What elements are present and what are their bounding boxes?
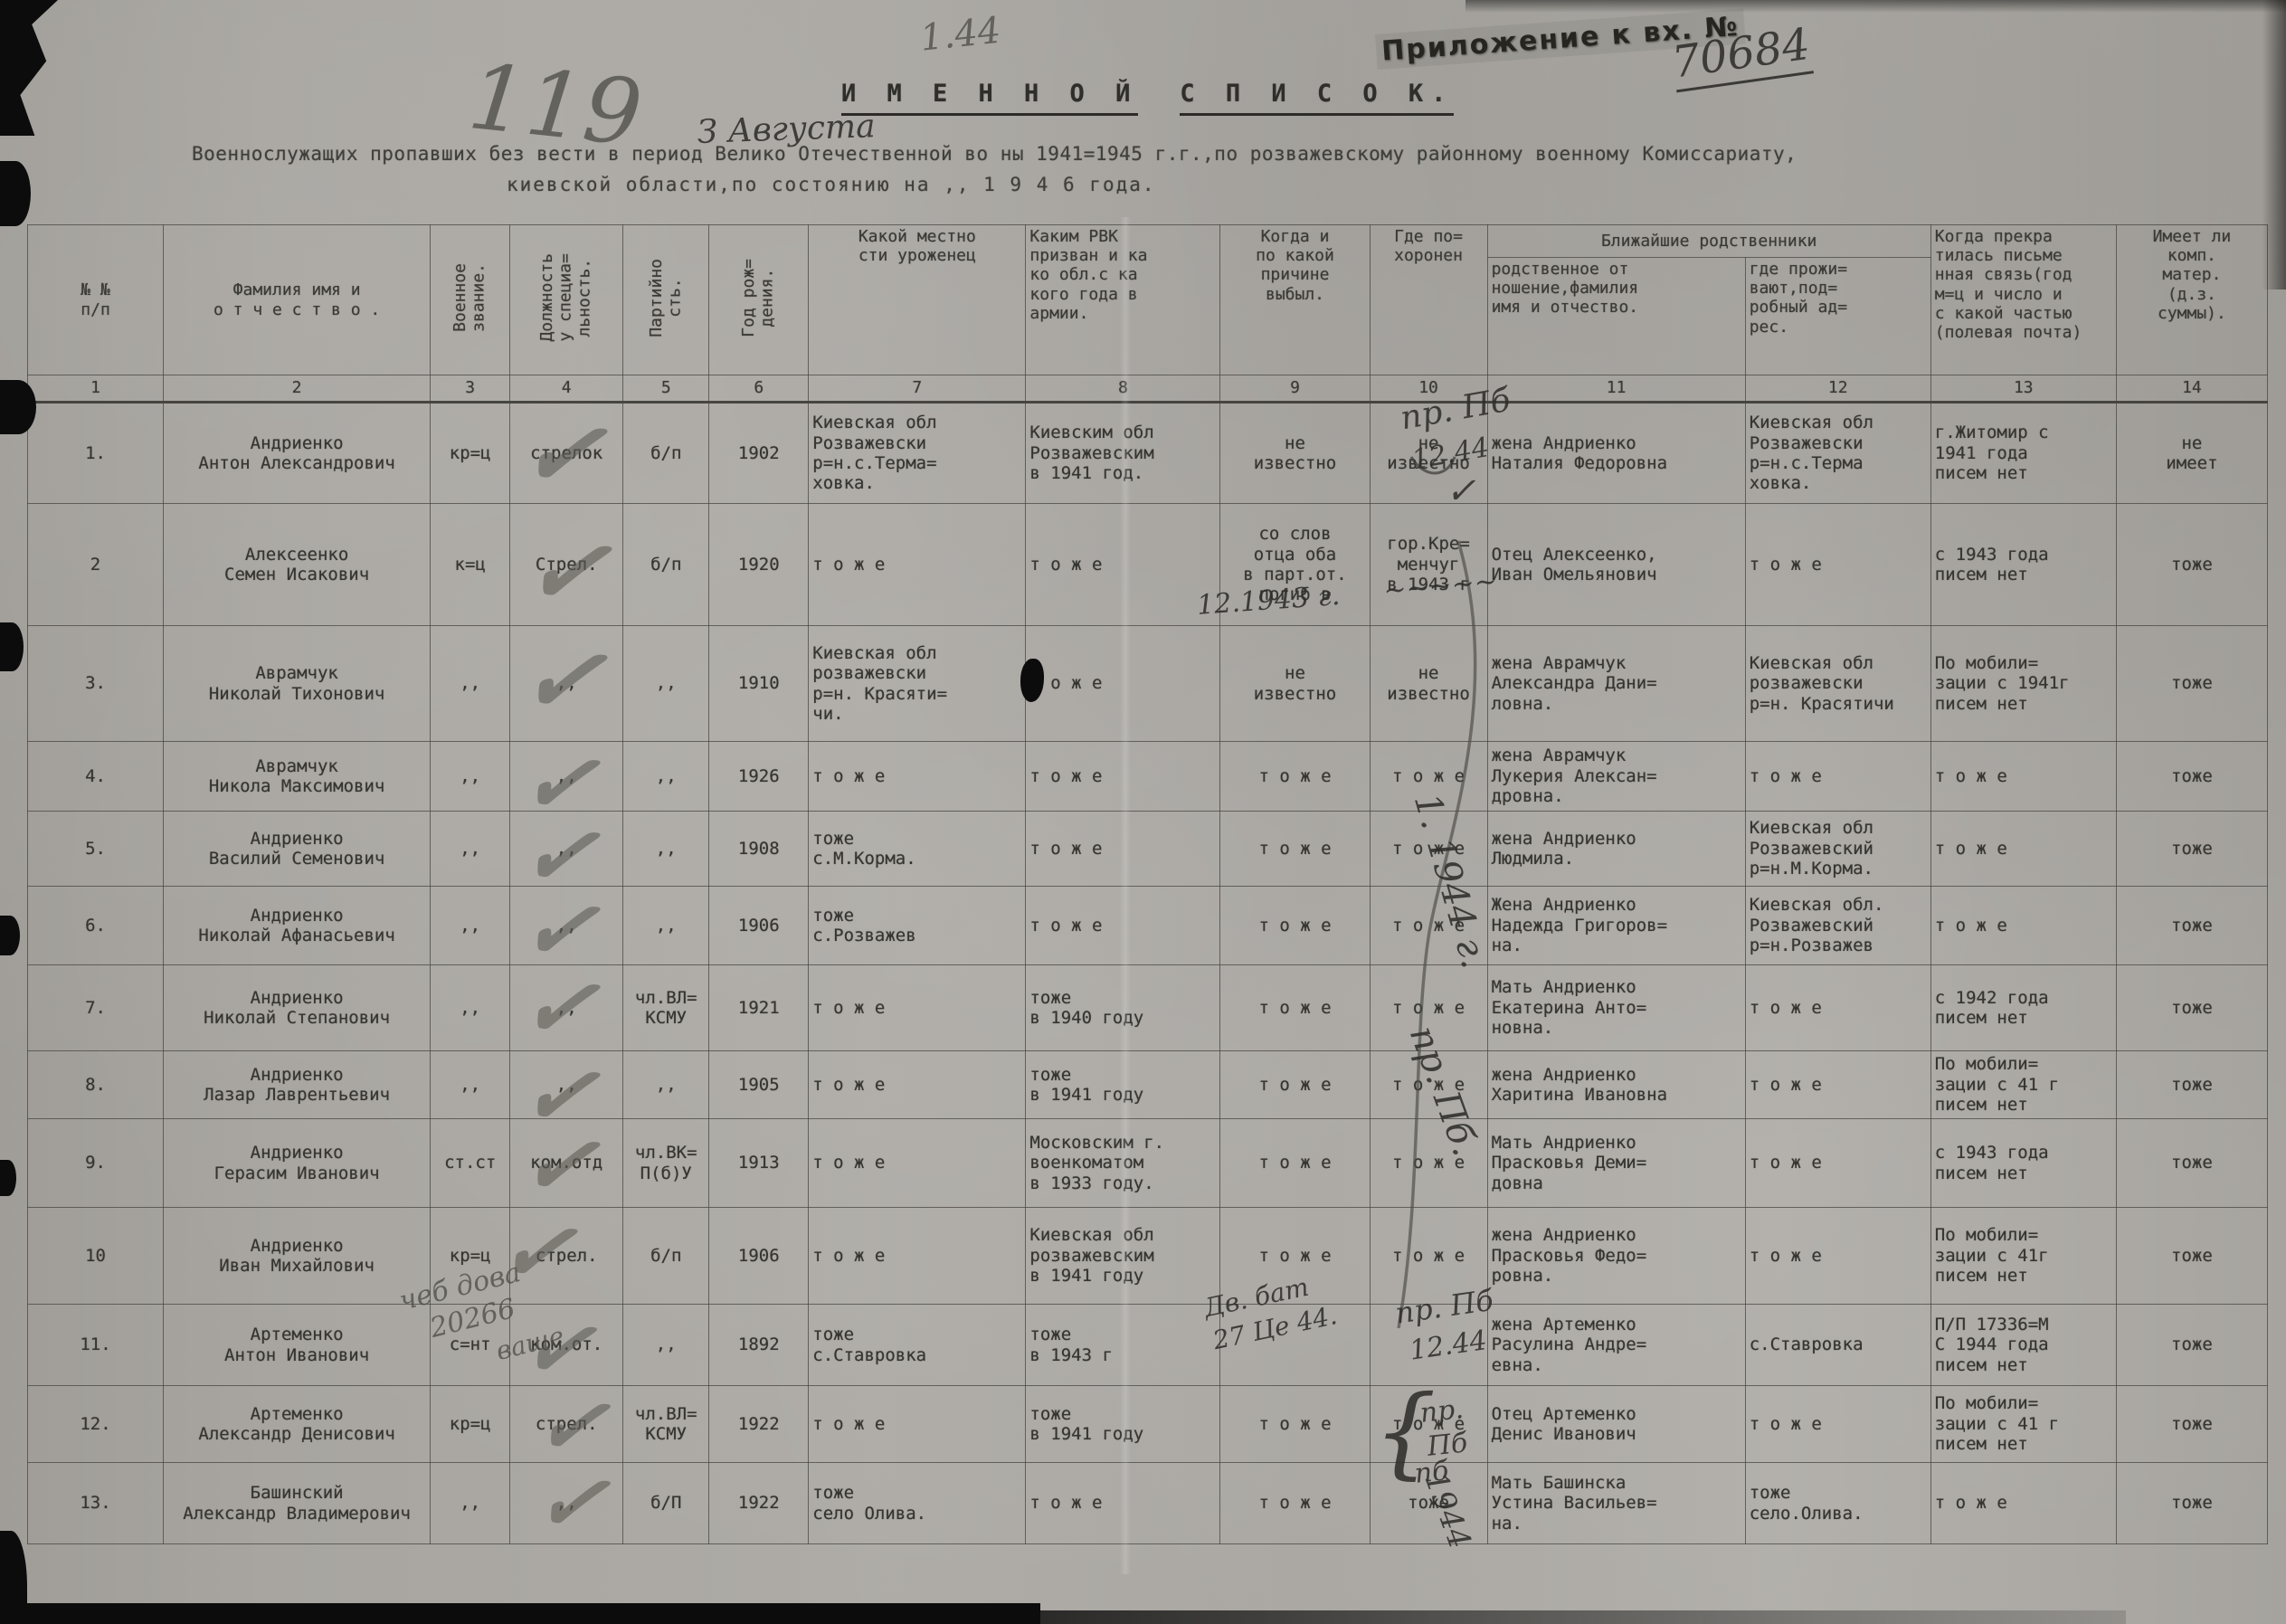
table-cell: ,, bbox=[431, 742, 510, 812]
table-cell: 1. bbox=[28, 403, 164, 504]
top-edge-shadow bbox=[1466, 0, 2286, 13]
table-cell: не имеет bbox=[2116, 403, 2267, 504]
table-cell: т о ж е bbox=[1745, 742, 1930, 812]
table-cell: Киевская обл. Розважевский р=н.Розважев bbox=[1745, 887, 1930, 965]
handwriting-note: 1.44 bbox=[918, 10, 1002, 60]
table-cell: Андриенко Николай Степанович bbox=[164, 965, 431, 1051]
table-cell: тоже bbox=[2116, 1051, 2267, 1119]
document-table: № № п/п Фамилия имя и о т ч е с т в о . … bbox=[27, 224, 2268, 1544]
table-cell: 13. bbox=[28, 1463, 164, 1544]
table-cell: тоже bbox=[2116, 1305, 2267, 1386]
table-cell: б/п bbox=[623, 403, 709, 504]
table-cell: 1906 bbox=[709, 887, 809, 965]
table-cell: т о ж е bbox=[1745, 504, 1930, 626]
table-cell: Андриенко Герасим Иванович bbox=[164, 1119, 431, 1208]
table-cell: 1906 bbox=[709, 1208, 809, 1305]
table-cell: жена Андриенко Харитина Ивановна bbox=[1487, 1051, 1745, 1119]
table-cell: 1922 bbox=[709, 1463, 809, 1544]
table-cell: т о ж е bbox=[1370, 742, 1487, 812]
table-cell: ,, bbox=[431, 626, 510, 742]
table-cell: тоже bbox=[2116, 742, 2267, 812]
header-col-10: Где по= хоронен bbox=[1370, 225, 1487, 375]
table-cell: т о ж е bbox=[1930, 742, 2116, 812]
table-cell: т о ж е bbox=[1745, 1051, 1930, 1119]
table-cell: Андриенко Антон Александрович bbox=[164, 403, 431, 504]
table-cell: 7. bbox=[28, 965, 164, 1051]
table-cell: ,, bbox=[623, 887, 709, 965]
header-col-2: Фамилия имя и о т ч е с т в о . bbox=[164, 225, 431, 375]
table-cell: Алексеенко Семен Исакович bbox=[164, 504, 431, 626]
table-cell: 1910 bbox=[709, 626, 809, 742]
table-cell: жена Андриенко Прасковья Федо= ровна. bbox=[1487, 1208, 1745, 1305]
table-cell: тоже с.Розважев bbox=[809, 887, 1026, 965]
table-body: 1.Андриенко Антон Александровичкр=цстрел… bbox=[28, 403, 2268, 1544]
table-cell: ,, bbox=[623, 812, 709, 887]
table-cell: 1892 bbox=[709, 1305, 809, 1386]
table-cell: 1908 bbox=[709, 812, 809, 887]
bottom-edge-shadow bbox=[1040, 1610, 2126, 1624]
table-row: 10Андриенко Иван Михайловичкр=цстрел.б/п… bbox=[28, 1208, 2268, 1305]
table-cell: тоже с.М.Корма. bbox=[809, 812, 1026, 887]
table-cell: т о ж е bbox=[1930, 887, 2116, 965]
handwriting-note: 70684 bbox=[1669, 19, 1814, 93]
table-row: 4.Аврамчук Никола Максимович,,,,,,1926т … bbox=[28, 742, 2268, 812]
table-cell: Мать Андриенко Прасковья Деми= довна bbox=[1487, 1119, 1745, 1208]
table-row: 11.Артеменко Антон Ивановичс=нтком.от.,,… bbox=[28, 1305, 2268, 1386]
table-cell: чл.ВК= П(б)У bbox=[623, 1119, 709, 1208]
table-cell: тоже bbox=[2116, 887, 2267, 965]
table-cell: ,, bbox=[623, 742, 709, 812]
table-cell: Жена Андриенко Надежда Григоров= на. bbox=[1487, 887, 1745, 965]
table-cell: т о ж е bbox=[1220, 965, 1370, 1051]
table-cell: 3. bbox=[28, 626, 164, 742]
table-cell: ком.от. bbox=[510, 1305, 623, 1386]
table-cell: не известно bbox=[1220, 626, 1370, 742]
table-cell: т о ж е bbox=[809, 504, 1026, 626]
table-cell: не известно bbox=[1370, 626, 1487, 742]
table-cell: 12. bbox=[28, 1386, 164, 1463]
table-cell: По мобили= зации с 41г писем нет bbox=[1930, 1208, 2116, 1305]
col-number: 11 bbox=[1487, 375, 1745, 403]
column-number-row: 1 2 3 4 5 6 7 8 9 10 11 12 13 14 bbox=[28, 375, 2268, 403]
table-cell: Стрел. bbox=[510, 504, 623, 626]
left-edge-tear bbox=[0, 916, 20, 955]
table-cell: тоже bbox=[2116, 504, 2267, 626]
paper-fold-highlight bbox=[1120, 217, 1131, 1574]
table-cell: тоже bbox=[2116, 1463, 2267, 1544]
header-col-11: родственное от ношение,фамилия имя и отч… bbox=[1487, 258, 1745, 375]
table-cell: жена Аврамчук Лукерия Алексан= дровна. bbox=[1487, 742, 1745, 812]
table-cell: т о ж е bbox=[1220, 1119, 1370, 1208]
table-cell: т о ж е bbox=[1220, 1051, 1370, 1119]
table-cell: ,, bbox=[510, 1463, 623, 1544]
table-cell: 8. bbox=[28, 1051, 164, 1119]
table-cell: тоже с.Ставровка bbox=[809, 1305, 1026, 1386]
table-cell: Мать Андриенко Екатерина Анто= новна. bbox=[1487, 965, 1745, 1051]
table-cell: т о ж е bbox=[809, 1208, 1026, 1305]
table-cell: т о ж е bbox=[1220, 887, 1370, 965]
table-row: 1.Андриенко Антон Александровичкр=цстрел… bbox=[28, 403, 2268, 504]
table-cell: т о ж е bbox=[1930, 1463, 2116, 1544]
header-col-5: Партийно сть. bbox=[623, 225, 709, 375]
table-cell: Аврамчук Никола Максимович bbox=[164, 742, 431, 812]
table-cell: т о ж е bbox=[1745, 1208, 1930, 1305]
header-col-14: Имеет ли комп. матер. (д.з. суммы). bbox=[2116, 225, 2267, 375]
table-cell: т о ж е bbox=[809, 1119, 1026, 1208]
table-cell: т о ж е bbox=[1220, 1386, 1370, 1463]
table-cell: с 1943 года писем нет bbox=[1930, 1119, 2116, 1208]
table-cell: Андриенко Николай Афанасьевич bbox=[164, 887, 431, 965]
col-number: 5 bbox=[623, 375, 709, 403]
table-cell: т о ж е bbox=[1370, 812, 1487, 887]
table-cell: т о ж е bbox=[1930, 812, 2116, 887]
table-cell: не известно bbox=[1370, 403, 1487, 504]
table-cell: Андриенко Лазар Лаврентьевич bbox=[164, 1051, 431, 1119]
table-cell: Киевская обл Розважевски р=н.с.Терма= хо… bbox=[809, 403, 1026, 504]
left-edge-tear bbox=[0, 161, 31, 226]
table-cell: т о ж е bbox=[1220, 1208, 1370, 1305]
title-word-2: С П И С О К. bbox=[1180, 80, 1454, 116]
table-cell: чл.ВЛ= КСМУ bbox=[623, 965, 709, 1051]
table-cell: тоже bbox=[2116, 965, 2267, 1051]
table-cell: По мобили= зации с 1941г писем нет bbox=[1930, 626, 2116, 742]
col-number: 14 bbox=[2116, 375, 2267, 403]
table-row: 9.Андриенко Герасим Ивановичст.стком.отд… bbox=[28, 1119, 2268, 1208]
table-cell: 1920 bbox=[709, 504, 809, 626]
table-cell: Киевская обл розважевски р=н. Красяти= ч… bbox=[809, 626, 1026, 742]
table-cell: ,, bbox=[431, 965, 510, 1051]
table-cell: б/п bbox=[623, 1208, 709, 1305]
table-cell: Мать Башинска Устина Васильев= на. bbox=[1487, 1463, 1745, 1544]
table-cell: 1922 bbox=[709, 1386, 809, 1463]
scanned-document-page: { "title": { "part1": "И М Е Н Н О Й", "… bbox=[0, 0, 2286, 1624]
table-cell: т о ж е bbox=[1370, 1119, 1487, 1208]
table-cell: ,, bbox=[623, 1305, 709, 1386]
table-cell: Артеменко Антон Иванович bbox=[164, 1305, 431, 1386]
table-cell: кр=ц bbox=[431, 1386, 510, 1463]
table-cell: 5. bbox=[28, 812, 164, 887]
table-row: 12.Артеменко Александр Денисовичкр=цстре… bbox=[28, 1386, 2268, 1463]
table-row: 7.Андриенко Николай Степанович,,,,чл.ВЛ=… bbox=[28, 965, 2268, 1051]
table-cell: ,, bbox=[510, 626, 623, 742]
table-cell: стрел. bbox=[510, 1208, 623, 1305]
col-number: 6 bbox=[709, 375, 809, 403]
table-cell: 1926 bbox=[709, 742, 809, 812]
header-col-6: Год рож= дения. bbox=[709, 225, 809, 375]
table-row: 8.Андриенко Лазар Лаврентьевич,,,,,,1905… bbox=[28, 1051, 2268, 1119]
table-cell: 1921 bbox=[709, 965, 809, 1051]
table-cell bbox=[1370, 1305, 1487, 1386]
table-row: 5.Андриенко Василий Семенович,,,,,,1908т… bbox=[28, 812, 2268, 887]
header-col-1: № № п/п bbox=[28, 225, 164, 375]
table-cell: т о ж е bbox=[1220, 742, 1370, 812]
header-col-9: Когда и по какой причине выбыл. bbox=[1220, 225, 1370, 375]
table-cell: ,, bbox=[623, 626, 709, 742]
left-edge-tear bbox=[0, 622, 24, 671]
table-cell: т о ж е bbox=[1745, 965, 1930, 1051]
table-row: 3.Аврамчук Николай Тихонович,,,,,,1910Ки… bbox=[28, 626, 2268, 742]
table-cell: По мобили= зации с 41 г писем нет bbox=[1930, 1386, 2116, 1463]
table-cell: т о ж е bbox=[1220, 812, 1370, 887]
table-cell: ,, bbox=[510, 887, 623, 965]
col-number: 3 bbox=[431, 375, 510, 403]
title-word-1: И М Е Н Н О Й bbox=[841, 80, 1138, 116]
table-cell: ,, bbox=[431, 1051, 510, 1119]
table-cell: с 1942 года писем нет bbox=[1930, 965, 2116, 1051]
bottom-edge-strip bbox=[0, 1603, 1040, 1624]
table-cell: ,, bbox=[510, 742, 623, 812]
header-col-12: где прожи= вают,под= робный ад= рес. bbox=[1745, 258, 1930, 375]
table-cell: 1905 bbox=[709, 1051, 809, 1119]
table-cell: Киевская обл Розважевский р=н.М.Корма. bbox=[1745, 812, 1930, 887]
col-number: 12 bbox=[1745, 375, 1930, 403]
table-cell: т о ж е bbox=[809, 1386, 1026, 1463]
table-cell: с=нт bbox=[431, 1305, 510, 1386]
table-cell: ,, bbox=[623, 1051, 709, 1119]
table-cell: ,, bbox=[510, 1051, 623, 1119]
col-number: 2 bbox=[164, 375, 431, 403]
col-number: 4 bbox=[510, 375, 623, 403]
table-cell: 2 bbox=[28, 504, 164, 626]
table-cell: жена Артеменко Расулина Андре= евна. bbox=[1487, 1305, 1745, 1386]
table-cell: г.Житомир с 1941 года писем нет bbox=[1930, 403, 2116, 504]
table-cell: т о ж е bbox=[1370, 887, 1487, 965]
table-cell: ,, bbox=[510, 965, 623, 1051]
table-cell: гор.Кре= менчуг в 1943 г bbox=[1370, 504, 1487, 626]
table-header: № № п/п Фамилия имя и о т ч е с т в о . … bbox=[28, 225, 2268, 403]
table-cell: Отец Артеменко Денис Иванович bbox=[1487, 1386, 1745, 1463]
header-col-13: Когда прекра тилась письме нная связь(го… bbox=[1930, 225, 2116, 375]
table-row: 2Алексеенко Семен Исаковичк=цСтрел.б/п19… bbox=[28, 504, 2268, 626]
table-cell bbox=[1220, 1305, 1370, 1386]
col-number: 13 bbox=[1930, 375, 2116, 403]
table-cell: По мобили= зации с 41 г писем нет bbox=[1930, 1051, 2116, 1119]
col-number: 1 bbox=[28, 375, 164, 403]
table-cell: т о ж е bbox=[809, 742, 1026, 812]
table-cell: Аврамчук Николай Тихонович bbox=[164, 626, 431, 742]
table-cell: т о ж е bbox=[1745, 1119, 1930, 1208]
table-row: 6.Андриенко Николай Афанасьевич,,,,,,190… bbox=[28, 887, 2268, 965]
table-cell: не известно bbox=[1220, 403, 1370, 504]
table-cell: Киевская обл Розважевски р=н.с.Терма хов… bbox=[1745, 403, 1930, 504]
table-cell: жена Андриенко Наталия Федоровна bbox=[1487, 403, 1745, 504]
subtitle-line-2: киевской области,по состоянию на ,, 1 9 … bbox=[507, 174, 1773, 195]
table-cell: тоже bbox=[2116, 812, 2267, 887]
handwriting-note: Приложение к вх. № bbox=[1375, 9, 1746, 70]
left-edge-tear bbox=[0, 1160, 16, 1196]
table-cell: б/п bbox=[623, 504, 709, 626]
table-cell: Отец Алексеенко, Иван Омельянович bbox=[1487, 504, 1745, 626]
table-cell: жена Андриенко Людмила. bbox=[1487, 812, 1745, 887]
table-cell: 4. bbox=[28, 742, 164, 812]
table-cell: 1913 bbox=[709, 1119, 809, 1208]
table-cell: т о ж е bbox=[1220, 1463, 1370, 1544]
header-group-relatives: Ближайшие родственники bbox=[1487, 225, 1930, 258]
table-cell: тоже село Олива. bbox=[809, 1463, 1026, 1544]
table-cell: т о ж е bbox=[809, 1051, 1026, 1119]
table-cell: тоже bbox=[2116, 626, 2267, 742]
page-title: И М Е Н Н О Й С П И С О К. bbox=[841, 80, 1454, 116]
subtitle-line-1: Военнослужащих пропавших без вести в пер… bbox=[192, 143, 2254, 165]
table-cell: с.Ставровка bbox=[1745, 1305, 1930, 1386]
table-cell: 9. bbox=[28, 1119, 164, 1208]
left-edge-tear bbox=[0, 380, 36, 434]
table-cell: т о ж е bbox=[1370, 1208, 1487, 1305]
table-cell: чл.ВЛ= КСМУ bbox=[623, 1386, 709, 1463]
table-cell: ком.отд bbox=[510, 1119, 623, 1208]
torn-corner-top-left bbox=[0, 0, 58, 136]
table-row: 13.Башинский Александр Владимерович,,,,б… bbox=[28, 1463, 2268, 1544]
table-cell: с 1943 года писем нет bbox=[1930, 504, 2116, 626]
table-cell: тоже bbox=[2116, 1119, 2267, 1208]
table-cell: ст.ст bbox=[431, 1119, 510, 1208]
table-cell: б/П bbox=[623, 1463, 709, 1544]
table-cell: тоже bbox=[1370, 1463, 1487, 1544]
table-cell: кр=ц bbox=[431, 1208, 510, 1305]
table-cell: т о ж е bbox=[1370, 1386, 1487, 1463]
col-number: 9 bbox=[1220, 375, 1370, 403]
col-number: 10 bbox=[1370, 375, 1487, 403]
table-cell: П/П 17336=М С 1944 года писем нет bbox=[1930, 1305, 2116, 1386]
table-cell: 10 bbox=[28, 1208, 164, 1305]
table-cell: 1902 bbox=[709, 403, 809, 504]
table-cell: т о ж е bbox=[809, 965, 1026, 1051]
table-cell: со слов отца оба в парт.от. погиб в bbox=[1220, 504, 1370, 626]
table-cell: т о ж е bbox=[1745, 1386, 1930, 1463]
header-col-4: Должность у специа= льность. bbox=[510, 225, 623, 375]
table-cell: т о ж е bbox=[1370, 1051, 1487, 1119]
table-cell: стрел. bbox=[510, 1386, 623, 1463]
table-cell: Киевская обл розважевски р=н. Красятичи bbox=[1745, 626, 1930, 742]
header-col-7: Какой местно сти уроженец bbox=[809, 225, 1026, 375]
table-cell: ,, bbox=[431, 1463, 510, 1544]
col-number: 7 bbox=[809, 375, 1026, 403]
table-cell: тоже bbox=[2116, 1208, 2267, 1305]
table-cell: стрелок bbox=[510, 403, 623, 504]
table-cell: ,, bbox=[510, 812, 623, 887]
table-cell: тоже село.Олива. bbox=[1745, 1463, 1930, 1544]
table-cell: 6. bbox=[28, 887, 164, 965]
table-cell: т о ж е bbox=[1370, 965, 1487, 1051]
table-cell: тоже bbox=[2116, 1386, 2267, 1463]
table-cell: ,, bbox=[431, 812, 510, 887]
table-cell: жена Аврамчук Александра Дани= ловна. bbox=[1487, 626, 1745, 742]
table-cell: Артеменко Александр Денисович bbox=[164, 1386, 431, 1463]
table-cell: Андриенко Василий Семенович bbox=[164, 812, 431, 887]
table-cell: ,, bbox=[431, 887, 510, 965]
table-cell: кр=ц bbox=[431, 403, 510, 504]
table-cell: 11. bbox=[28, 1305, 164, 1386]
header-col-3: Военное звание. bbox=[431, 225, 510, 375]
table-cell: Андриенко Иван Михайлович bbox=[164, 1208, 431, 1305]
table-cell: Башинский Александр Владимерович bbox=[164, 1463, 431, 1544]
table-cell: к=ц bbox=[431, 504, 510, 626]
